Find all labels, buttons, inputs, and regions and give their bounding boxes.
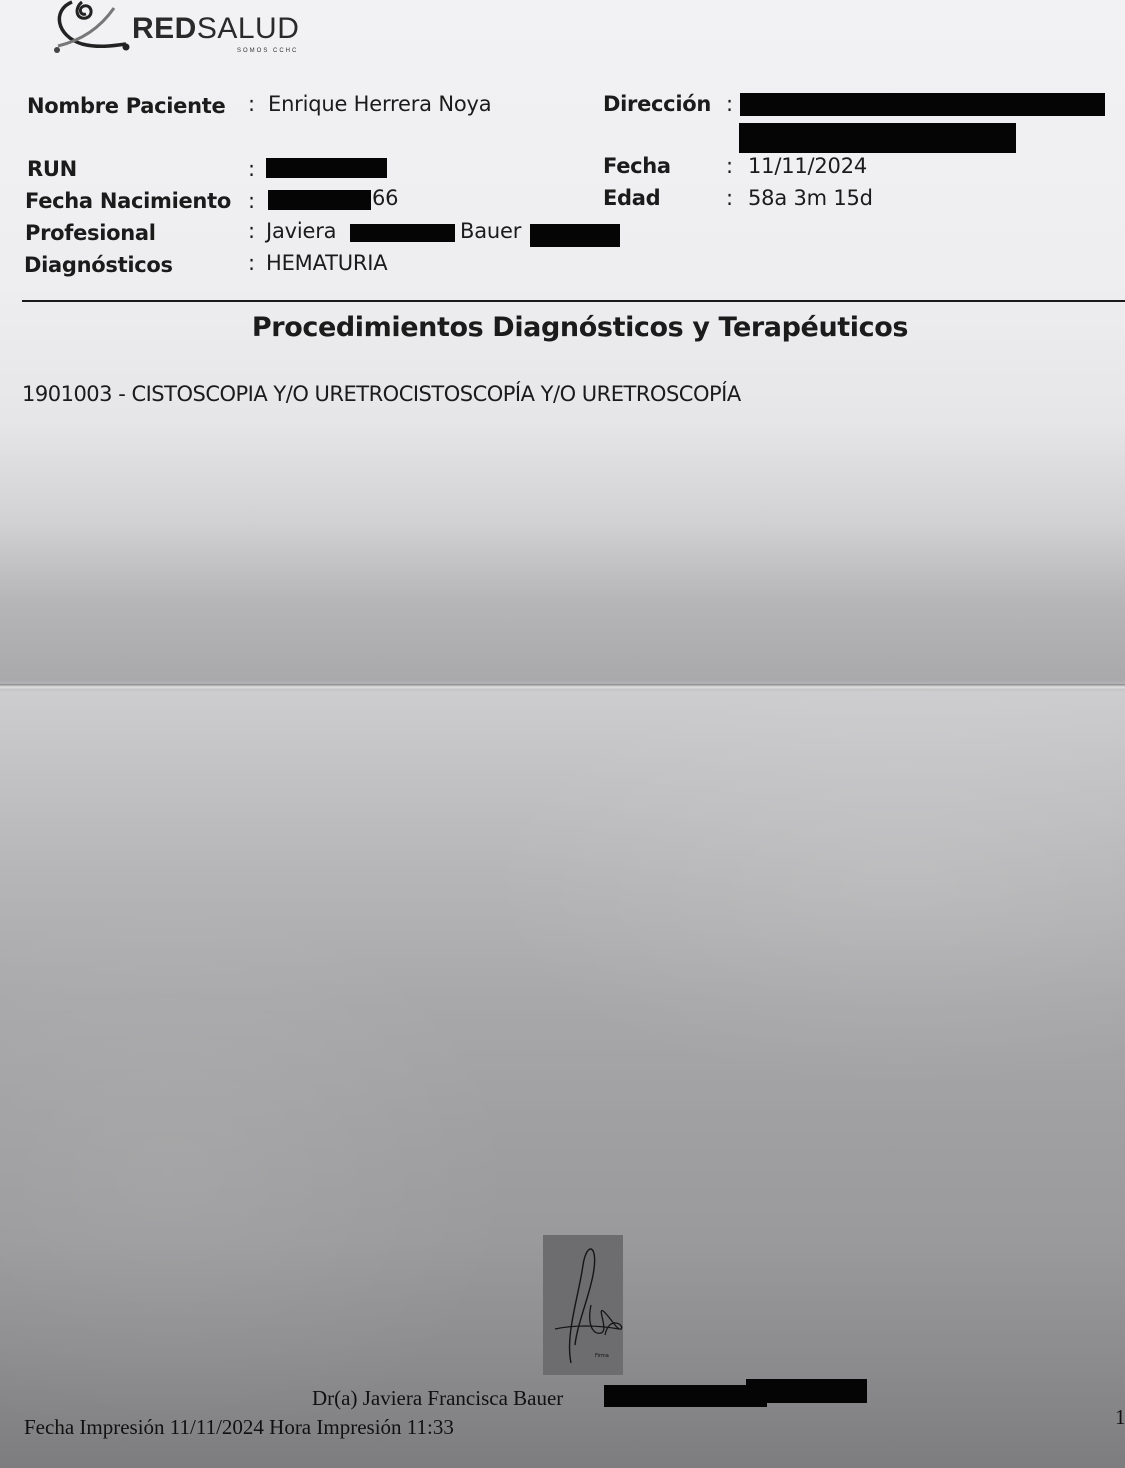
- doctor-redaction-1: [604, 1385, 767, 1407]
- diagnosticos-label: Diagnósticos: [24, 253, 173, 277]
- direccion-redaction-2: [739, 123, 1016, 153]
- logo-wordmark: REDSALUD: [132, 12, 299, 46]
- firma-label: Firma: [595, 1353, 609, 1359]
- edad-value: 58a 3m 15d: [748, 186, 873, 210]
- direccion-label: Dirección: [603, 92, 711, 116]
- doctor-name: Dr(a) Javiera Francisca Bauer: [312, 1386, 563, 1411]
- nacimiento-value: 66: [372, 186, 398, 210]
- profesional-label: Profesional: [25, 221, 156, 245]
- run-redaction: [266, 158, 387, 178]
- edad-label: Edad: [603, 186, 660, 210]
- run-label: RUN: [27, 157, 77, 181]
- procedure-item: 1901003 - CISTOSCOPIA Y/O URETROCISTOSCO…: [22, 382, 741, 406]
- nombre-value: Enrique Herrera Noya: [268, 92, 491, 116]
- print-info: Fecha Impresión 11/11/2024 Hora Impresió…: [24, 1415, 454, 1440]
- profesional-redaction-1: [350, 224, 455, 242]
- profesional-colon: :: [248, 219, 255, 243]
- diagnosticos-colon: :: [248, 251, 255, 275]
- redsalud-logo: REDSALUD SOMOS CCHC: [52, 0, 342, 60]
- nombre-colon: :: [248, 92, 255, 116]
- nacimiento-label: Fecha Nacimiento: [25, 189, 231, 213]
- nacimiento-colon: :: [248, 189, 255, 213]
- section-title: Procedimientos Diagnósticos y Terapéutic…: [0, 312, 1125, 343]
- paper-fold: [0, 684, 1125, 690]
- doctor-redaction-2: [746, 1379, 867, 1403]
- edad-colon: :: [726, 186, 733, 210]
- nacimiento-redaction: [268, 190, 371, 210]
- logo-tagline: SOMOS CCHC: [237, 48, 298, 54]
- page-number: 1: [1115, 1405, 1125, 1430]
- profesional-first-name: Javiera: [266, 219, 336, 243]
- run-colon: :: [248, 157, 255, 181]
- profesional-last-name: Bauer: [460, 219, 521, 243]
- direccion-colon: :: [726, 92, 733, 116]
- fecha-colon: :: [726, 154, 733, 178]
- fecha-value: 11/11/2024: [748, 154, 867, 178]
- heart-ribbon-icon: [52, 0, 132, 58]
- direccion-redaction-1: [740, 93, 1105, 116]
- profesional-redaction-2: [530, 224, 620, 247]
- signature-scribble-icon: [543, 1235, 623, 1375]
- nombre-label: Nombre Paciente: [27, 94, 225, 118]
- fecha-label: Fecha: [603, 154, 671, 178]
- header-divider: [22, 300, 1125, 302]
- signature-image: Firma: [543, 1235, 623, 1375]
- diagnosticos-value: HEMATURIA: [266, 251, 387, 275]
